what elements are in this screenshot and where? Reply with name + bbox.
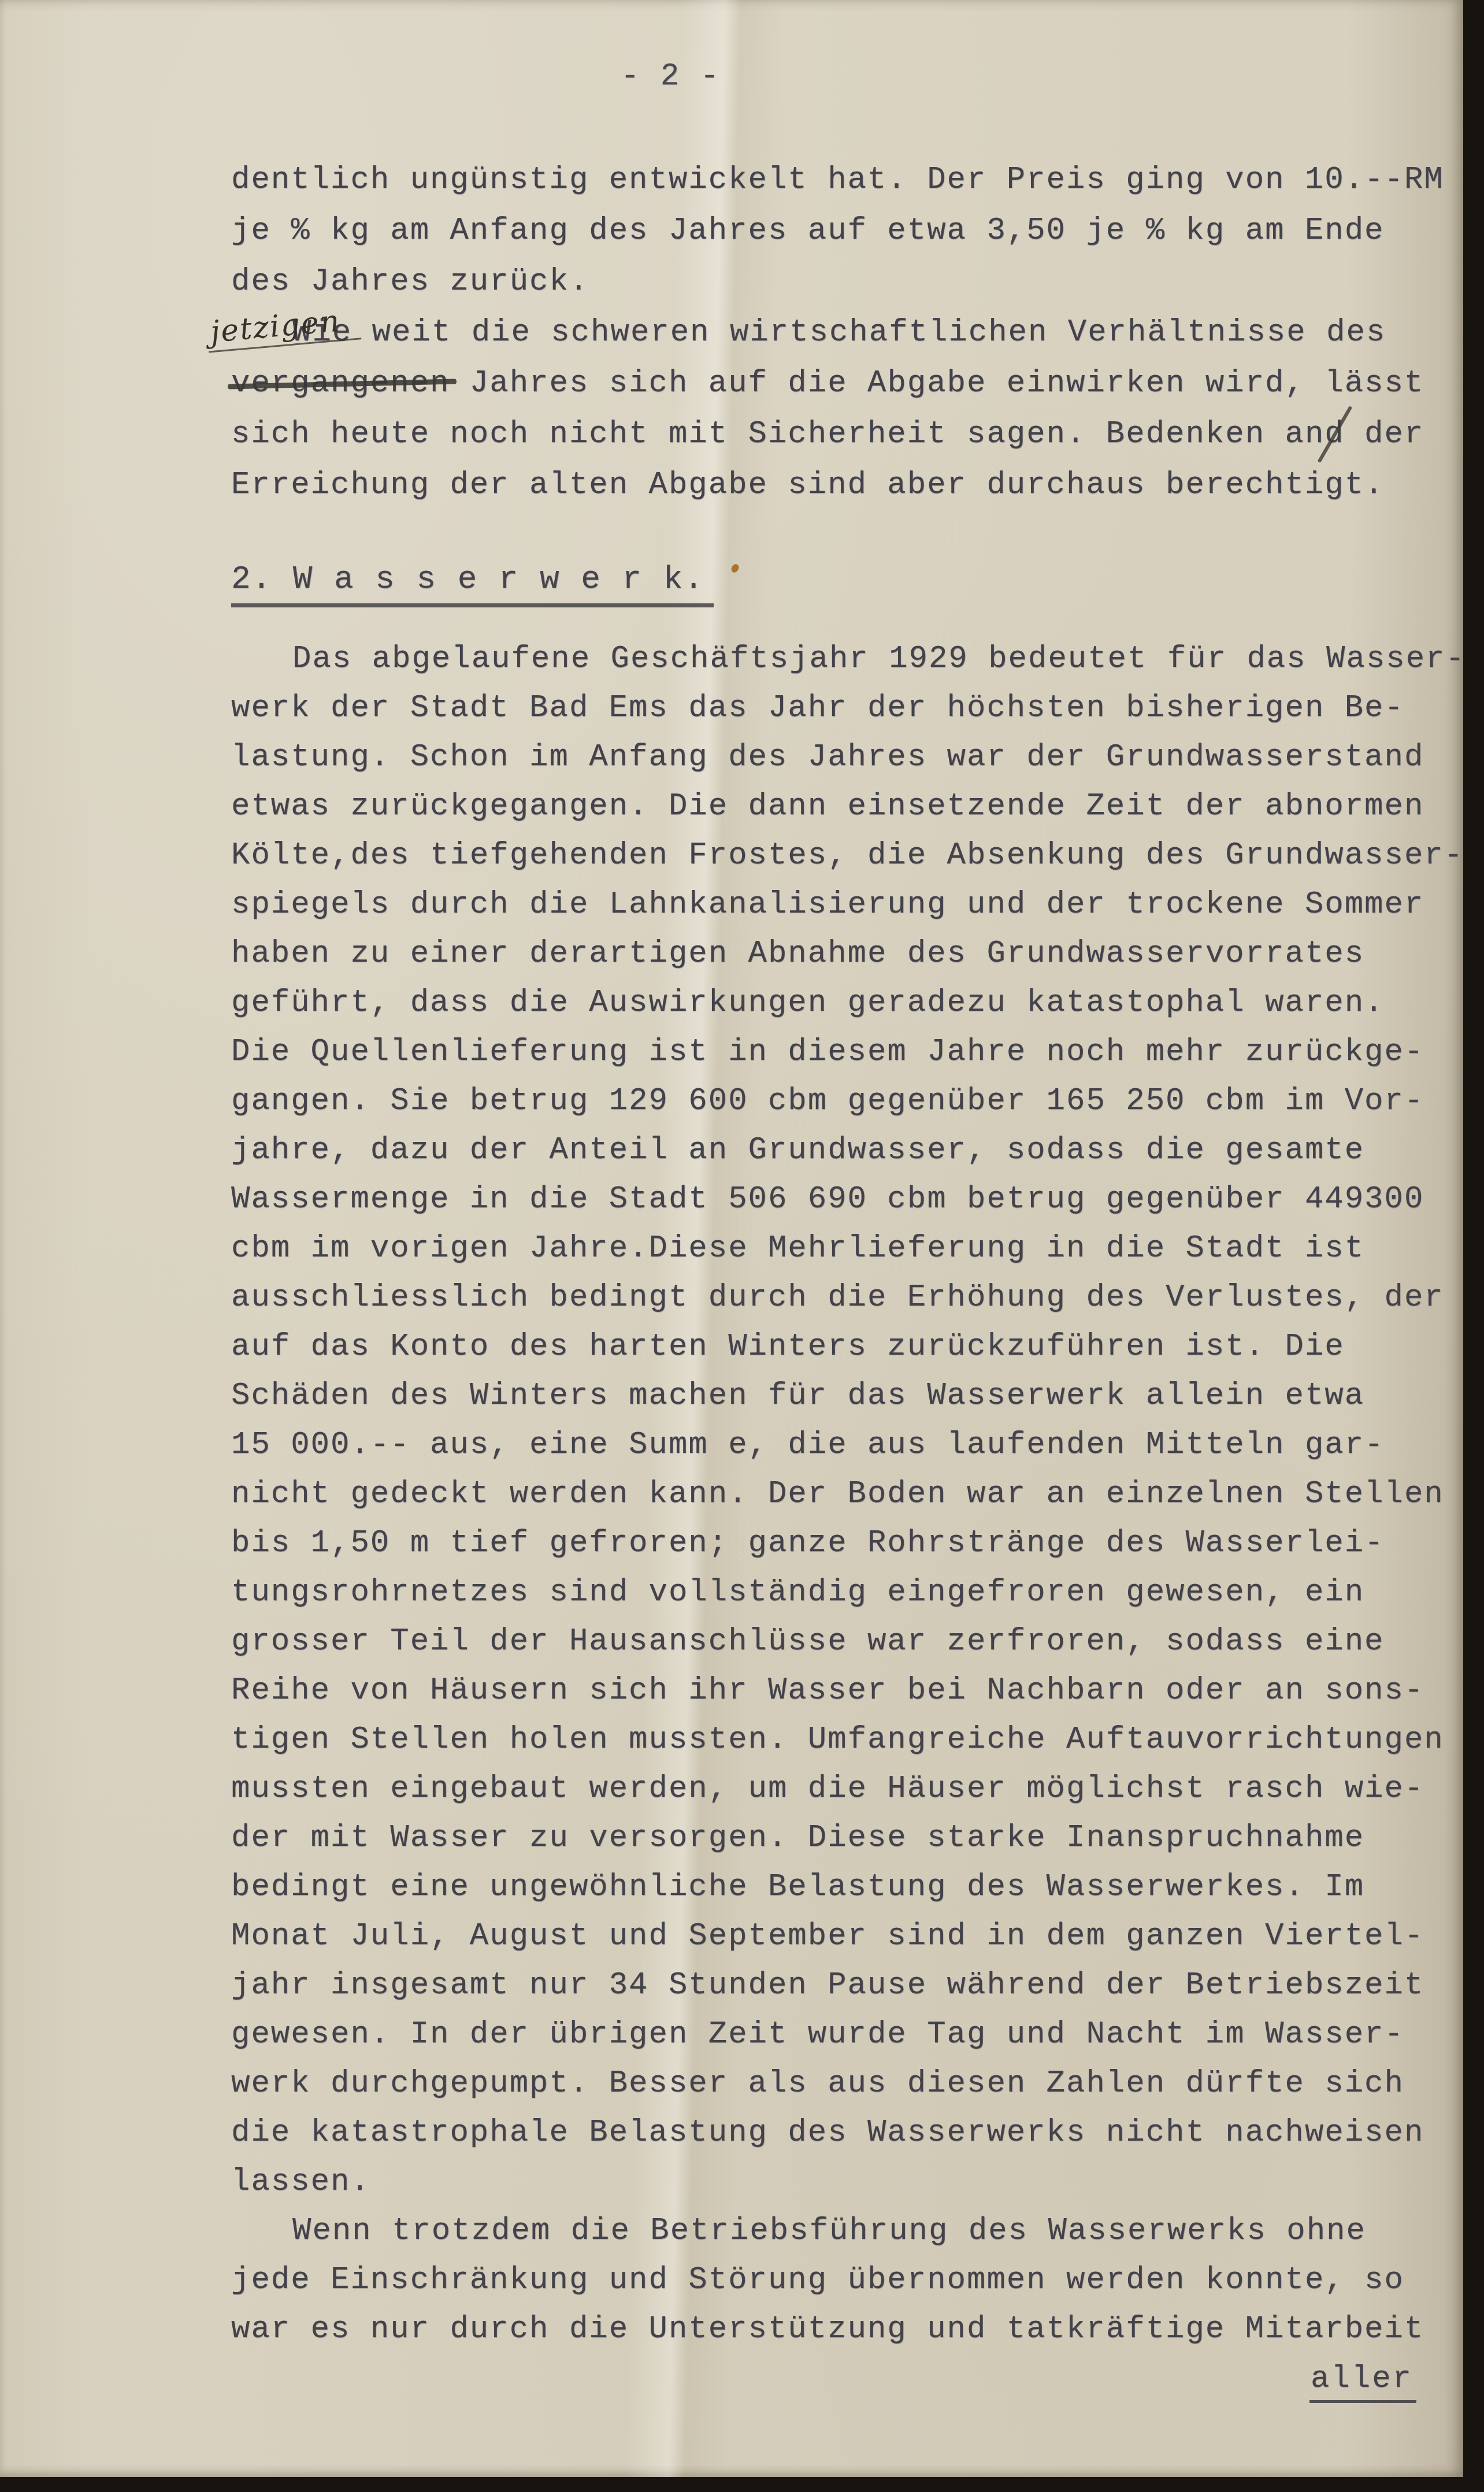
text-line: gangen. Sie betrug 129 600 cbm gegenüber… xyxy=(231,1077,1463,1126)
section-heading: 2. W a s s e r w e r k. xyxy=(231,561,714,607)
text-line: Die Quellenlieferung ist in diesem Jahre… xyxy=(231,1028,1463,1077)
text-line: tigen Stellen holen mussten. Umfangreich… xyxy=(231,1715,1463,1764)
text-line: je % kg am Anfang des Jahres auf etwa 3,… xyxy=(231,206,1444,257)
text-line: spiegels durch die Lahnkanalisierung und… xyxy=(231,880,1463,929)
text-run: Jahres sich auf die Abgabe einwirken wir… xyxy=(450,366,1424,401)
catchword: aller xyxy=(1309,2361,1416,2403)
document-page: - 2 - dentlich ungünstig entwickelt hat.… xyxy=(0,0,1463,2477)
text-line: die katastrophale Belastung des Wasserwe… xyxy=(231,2108,1463,2157)
text-line: lastung. Schon im Anfang des Jahres war … xyxy=(231,733,1463,782)
text-line: jede Einschränkung und Störung übernomme… xyxy=(231,2256,1424,2305)
text-line: Das abgelaufene Geschäftsjahr 1929 bedeu… xyxy=(231,635,1463,684)
page-number: - 2 - xyxy=(601,59,740,94)
text-line: haben zu einer derartigen Abnahme des Gr… xyxy=(231,929,1463,978)
text-line: dentlich ungünstig entwickelt hat. Der P… xyxy=(231,155,1444,206)
text-line: gewesen. In der übrigen Zeit wurde Tag u… xyxy=(231,2010,1463,2059)
text-line: auf das Konto des harten Winters zurückz… xyxy=(231,1322,1463,1371)
text-line: 15 000.-- aus, eine Summ e, die aus lauf… xyxy=(231,1421,1463,1470)
text-run: der xyxy=(1345,417,1424,452)
text-line: Költe,des tiefgehenden Frostes, die Abse… xyxy=(231,831,1463,880)
text-line: Schäden des Winters machen für das Wasse… xyxy=(231,1371,1463,1421)
slashed-letter: d xyxy=(1325,409,1344,460)
text-line: mussten eingebaut werden, um die Häuser … xyxy=(231,1764,1463,1814)
text-line: jahr insgesamt nur 34 Stunden Pause währ… xyxy=(231,1961,1463,2010)
text-line: Erreichung der alten Abgabe sind aber du… xyxy=(231,460,1444,511)
text-line: bis 1,50 m tief gefroren; ganze Rohrsträ… xyxy=(231,1519,1463,1568)
struck-word: vergangenen xyxy=(231,358,450,409)
text-run: sich heute noch nicht mit Sicherheit sag… xyxy=(231,417,1325,452)
text-line: war es nur durch die Unterstützung und t… xyxy=(231,2305,1424,2354)
text-line: des Jahres zurück. xyxy=(231,257,1444,307)
main-paragraph: Das abgelaufene Geschäftsjahr 1929 bedeu… xyxy=(231,635,1463,2207)
text-line: Wenn trotzdem die Betriebsführung des Wa… xyxy=(231,2207,1424,2256)
scanned-document-screenshot: { "colors": { "paper": "#d8d1bf", "typew… xyxy=(0,0,1484,2492)
text-line-with-deleted-letter: sich heute noch nicht mit Sicherheit sag… xyxy=(231,409,1444,460)
text-line: geführt, dass die Auswirkungen geradezu … xyxy=(231,978,1463,1028)
text-line: werk der Stadt Bad Ems das Jahr der höch… xyxy=(231,684,1463,733)
text-line: etwas zurückgegangen. Die dann einsetzen… xyxy=(231,782,1463,831)
text-line: jahre, dazu der Anteil an Grundwasser, s… xyxy=(231,1126,1463,1175)
text-line: Wie weit die schweren wirtschaftlichen V… xyxy=(231,307,1444,358)
text-line: cbm im vorigen Jahre.Diese Mehrlieferung… xyxy=(231,1224,1463,1273)
text-line: nicht gedeckt werden kann. Der Boden war… xyxy=(231,1470,1463,1519)
intro-paragraphs: dentlich ungünstig entwickelt hat. Der P… xyxy=(231,155,1444,511)
text-line: Monat Juli, August und September sind in… xyxy=(231,1912,1463,1961)
text-line-with-strikethrough: vergangenen Jahres sich auf die Abgabe e… xyxy=(231,358,1444,409)
text-line: bedingt eine ungewöhnliche Belastung des… xyxy=(231,1863,1463,1912)
text-line: lassen. xyxy=(231,2157,1463,2207)
text-line: werk durchgepumpt. Besser als aus diesen… xyxy=(231,2059,1463,2108)
text-line: tungsrohrnetzes sind vollständig eingefr… xyxy=(231,1568,1463,1617)
text-line: Reihe von Häusern sich ihr Wasser bei Na… xyxy=(231,1666,1463,1715)
text-line: Wassermenge in die Stadt 506 690 cbm bet… xyxy=(231,1175,1463,1224)
text-line: der mit Wasser zu versorgen. Diese stark… xyxy=(231,1814,1463,1863)
closing-paragraph: Wenn trotzdem die Betriebsführung des Wa… xyxy=(231,2207,1424,2354)
text-line: grosser Teil der Hausanschlüsse war zerf… xyxy=(231,1617,1463,1666)
text-line: ausschliesslich bedingt durch die Erhöhu… xyxy=(231,1273,1463,1322)
